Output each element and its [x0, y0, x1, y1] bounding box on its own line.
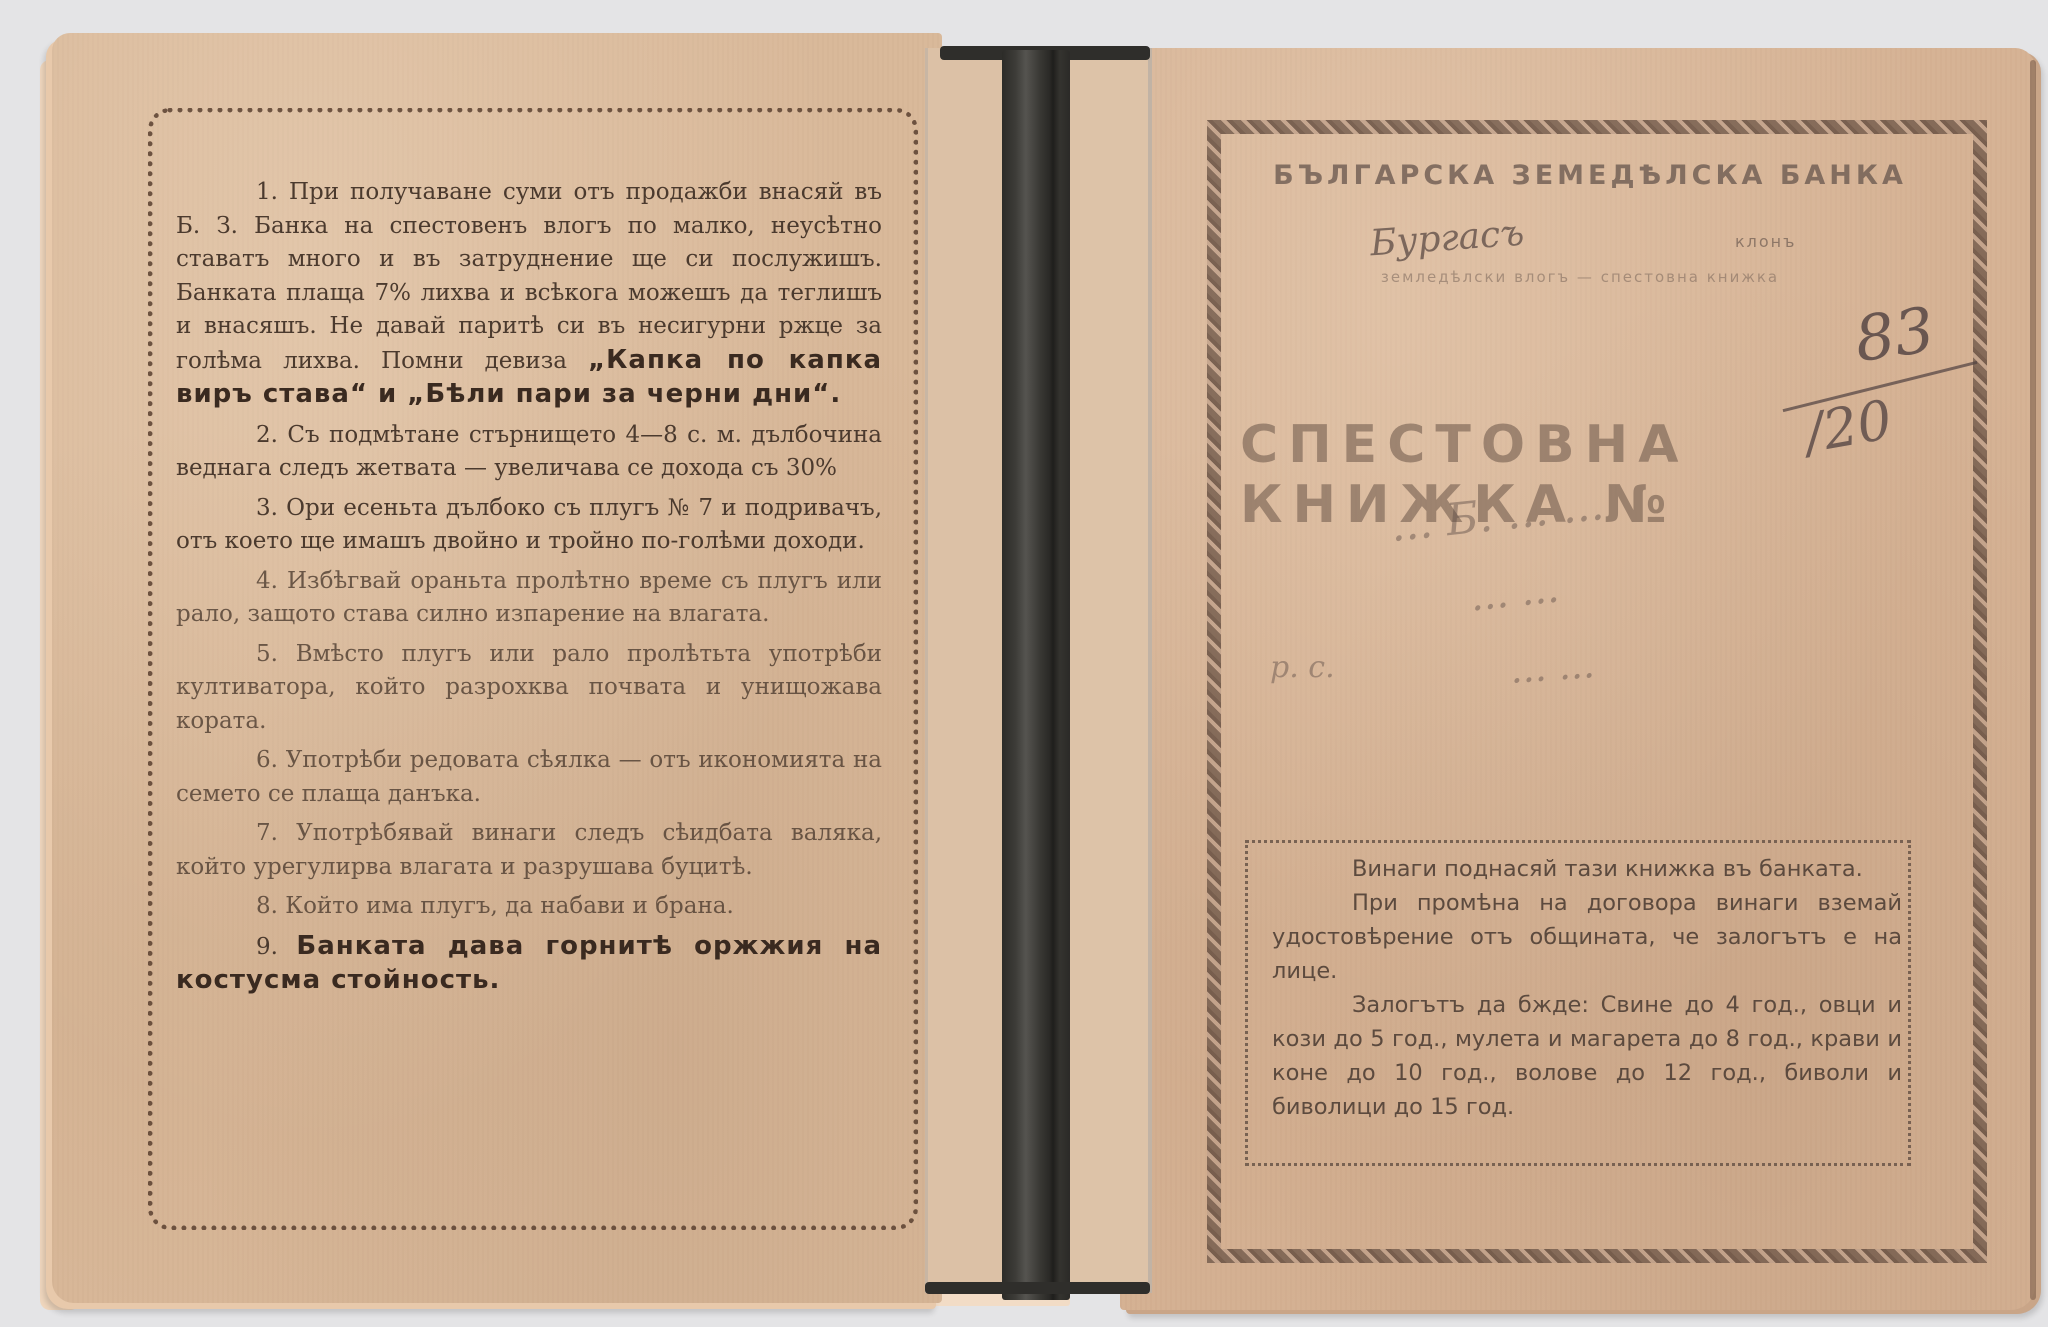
advice-item-9: 9. Банката дава горнитѣ оржжия на костус… [176, 930, 882, 999]
item-number: 5. [256, 641, 278, 667]
cloth-spine [1002, 50, 1070, 1300]
farming-advice-list: 1. При получаване суми отъ продажби внас… [176, 176, 882, 1005]
tools-at-cost-note: Банката дава горнитѣ оржжия на костусма … [176, 931, 882, 996]
item-number: 1. [256, 179, 278, 205]
spine-paper-hinge-left [925, 48, 1008, 1293]
item-number: 6. [256, 747, 278, 773]
advice-item-4: 4. Избѣгвай ораньта пролѣтно време съ пл… [176, 565, 882, 632]
advice-item-8: 8. Който има плугъ, да набави и брана. [176, 890, 882, 924]
right-cover-edge [2030, 60, 2036, 1300]
notice-paragraph-2: При промѣна на договора винаги вземай уд… [1272, 886, 1902, 988]
item-text: Ори есеньта дълбоко съ плугъ № 7 и подри… [176, 495, 882, 555]
branch-label: клонъ [1735, 232, 1796, 251]
item-number: 2. [256, 422, 278, 448]
handwritten-line-3: р. с. [1270, 650, 1335, 685]
item-number: 3. [256, 495, 278, 521]
spine-paper-hinge-right [1060, 48, 1152, 1293]
bank-name: БЪЛГАРСКА ЗЕМЕДѢЛСКА БАНКА [1270, 160, 1910, 191]
item-text: Употрѣбявай винаги следъ сѣидбата валяка… [176, 820, 882, 880]
item-number: 4. [256, 568, 278, 594]
advice-item-1: 1. При получаване суми отъ продажби внас… [176, 176, 882, 413]
passbook-title: СПЕСТОВНА КНИЖКА № [1240, 415, 2048, 535]
passbook-number-handwritten: 83 [1850, 293, 1938, 376]
item-number: 9. [256, 934, 278, 960]
notice-paragraph-1: Винаги поднасяй тази книжка въ банката. [1272, 852, 1902, 886]
item-text: Съ подмѣтане стърнището 4—8 с. м. дълбоч… [176, 422, 882, 482]
advice-item-5: 5. Вмѣсто плугъ или рало пролѣтьта употр… [176, 638, 882, 739]
item-number: 7. [256, 820, 278, 846]
notice-box: Винаги поднасяй тази книжка въ банката. … [1272, 852, 1902, 1124]
item-number: 8. [256, 893, 278, 919]
item-text: Избѣгвай ораньта пролѣтно време съ плугъ… [176, 568, 882, 628]
item-text: Употрѣби редовата сѣялка — отъ икономият… [176, 747, 882, 807]
handwritten-line-4: ... ... [1509, 642, 1596, 692]
notice-paragraph-3: Залогътъ да бжде: Свине до 4 год., овци … [1272, 988, 1902, 1124]
advice-item-6: 6. Употрѣби редовата сѣялка — отъ иконом… [176, 744, 882, 811]
advice-item-7: 7. Употрѣбявай винаги следъ сѣидбата вал… [176, 817, 882, 884]
bank-subtitle: земледѣлски влогъ — спестовна книжка [1230, 268, 1930, 286]
advice-item-3: 3. Ори есеньта дълбоко съ плугъ № 7 и по… [176, 492, 882, 559]
advice-item-2: 2. Съ подмѣтане стърнището 4—8 с. м. дъл… [176, 419, 882, 486]
spine-bottom-band [925, 1282, 1150, 1294]
handwritten-line-2: ... ... [1468, 565, 1561, 620]
item-text: Вмѣсто плугъ или рало пролѣтьта употрѣби… [176, 641, 882, 734]
item-text: Който има плугъ, да набави и брана. [285, 893, 734, 919]
